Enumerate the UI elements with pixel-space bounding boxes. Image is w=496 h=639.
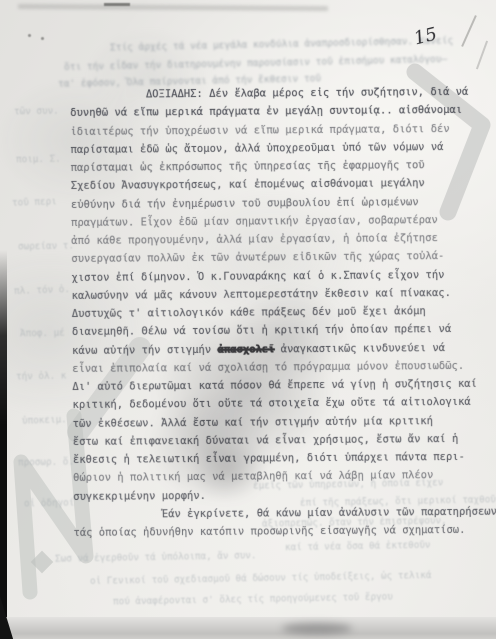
bleed-through-fragment: καί τά νέα ὅσα θά ἐκτεθοῦν [285, 540, 431, 554]
scan-edge-bottom [0, 617, 496, 639]
bleed-through-fragment: τοῦ περι [12, 196, 57, 209]
paper-speck [41, 37, 44, 40]
bleed-through-fragment: οἱ Γενικοί τοῦ σχεδιασμοῦ θά δώσουν τίς … [90, 570, 432, 587]
page-curl-line [461, 15, 477, 47]
overstruck-word: ἀπασχολεῖ [217, 343, 274, 355]
bleed-through-fragment: Σωσ νά ἐγερθοῦν τά ὑπόλοιπα, ἄν συν. [55, 550, 257, 565]
page-curl-line [476, 41, 488, 70]
bleed-through-fragment: ὑποκειμ. [22, 414, 67, 427]
bleed-through-line: Στίς ἀρχές τά νέα μεγάλα κονδύλια ἀναπρο… [110, 35, 453, 53]
scan-edge-top [18, 4, 328, 11]
bleed-through-fragment: ποιμ. Σ. [16, 154, 61, 166]
bleed-through-fragment: πού ἀναφέρονται σ' ὅλες τίς προηγούμενες… [113, 592, 393, 608]
bleed-through-line: ὅτι τήν εἶδαν τήν διατηρουμένην παρουσία… [64, 54, 447, 73]
bleed-through-fragment: Ἀποφ. μέ [20, 328, 65, 340]
bleed-through-fragment: τήν ὀλ. κ [16, 371, 67, 383]
scan-edge-left [0, 250, 7, 639]
typed-line: τάς ὁποίας ἠδυνήθην κατόπιν προσωρινῆς ε… [73, 521, 473, 542]
paper-speck [28, 34, 31, 37]
scan-edge-bottom-smudge [282, 623, 352, 634]
bleed-through-fragment: τῶν συν. [14, 106, 59, 118]
scanned-document-page: Στίς ἀρχές τά νέα μεγάλα κονδύλια ἀναπρο… [0, 0, 496, 639]
scan-corner-shadow [0, 596, 14, 639]
typed-text: ΔΟΞΙΑΔΗΣ: Δέν ἔλαβα μέρος εἰς τήν συζήτη… [70, 83, 474, 542]
bleed-through-fragment: προσωρ. ὅ. [18, 457, 74, 469]
bleed-through-fragment: οἱ ὁδηγοί [24, 498, 75, 510]
scan-top-mark [104, 3, 130, 6]
bleed-through-fragment: πλ. τόν ὀ. [14, 284, 70, 297]
bleed-through-fragment: σωρείαν τ. [18, 241, 74, 253]
